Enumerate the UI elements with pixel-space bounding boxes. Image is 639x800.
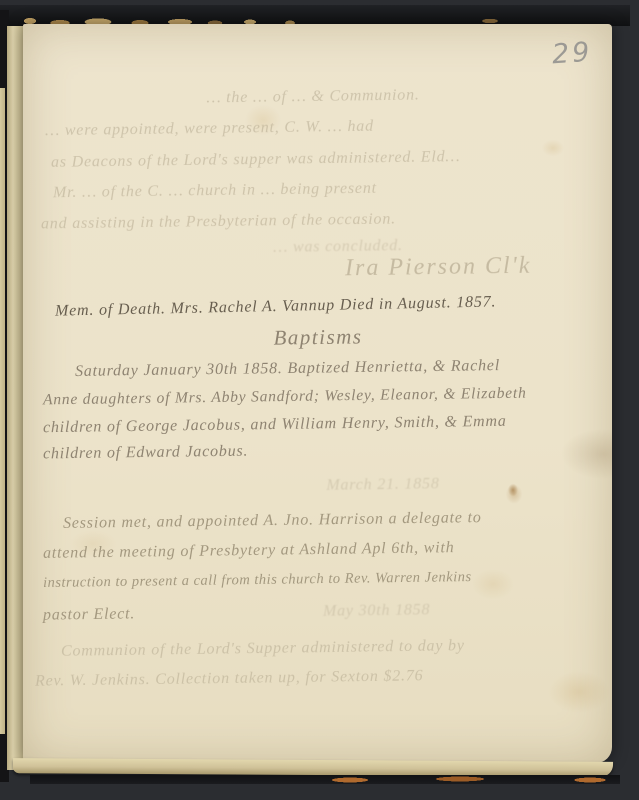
page-number: 29 [551,37,593,71]
manuscript-line-faint: as Deacons of the Lord's supper was admi… [51,148,461,172]
manuscript-line-faint: Mr. … of the C. … church in … being pres… [53,180,377,203]
manuscript-line-faint: and assisting in the Presbyterian of the… [41,211,396,234]
baptism-entry-line: Anne daughters of Mrs. Abby Sandford; We… [43,385,527,410]
baptism-entry-line: Saturday January 30th 1858. Baptized Hen… [75,357,500,381]
date-line-may: May 30th 1858 [323,601,431,620]
clerk-signature: Ira Pierson Cl'k [345,253,532,283]
memorandum-of-death-line: Mem. of Death. Mrs. Rachel A. Vannup Die… [55,293,497,320]
photo-of-manuscript-page: 29 … the … of … & Communion. … were appo… [0,0,639,800]
communion-entry-line: Rev. W. Jenkins. Collection taken up, fo… [35,667,424,690]
manuscript-line-faint: … the … of … & Communion. [103,85,523,109]
manuscript-page: 29 … the … of … & Communion. … were appo… [23,24,612,763]
cover-fore-edge [0,88,5,734]
date-line-march: March 21. 1858 [253,474,513,496]
book-bottom-worn-edge [30,775,620,784]
session-entry-line: Session met, and appointed A. Jno. Harri… [63,509,482,533]
baptism-entry-line: children of George Jacobus, and William … [43,413,507,437]
book-top-edge [0,5,630,26]
session-entry-line: instruction to present a call from this … [43,569,472,592]
communion-entry-line: Communion of the Lord's Supper administe… [61,637,465,661]
pastor-elect-line: pastor Elect. [43,605,135,624]
session-entry-line: attend the meeting of Presbytery at Ashl… [43,539,455,563]
baptisms-heading: Baptisms [218,324,418,352]
baptism-entry-line: children of Edward Jacobus. [43,443,249,464]
manuscript-line-faint: … were appointed, were present, C. W. … … [45,118,374,141]
